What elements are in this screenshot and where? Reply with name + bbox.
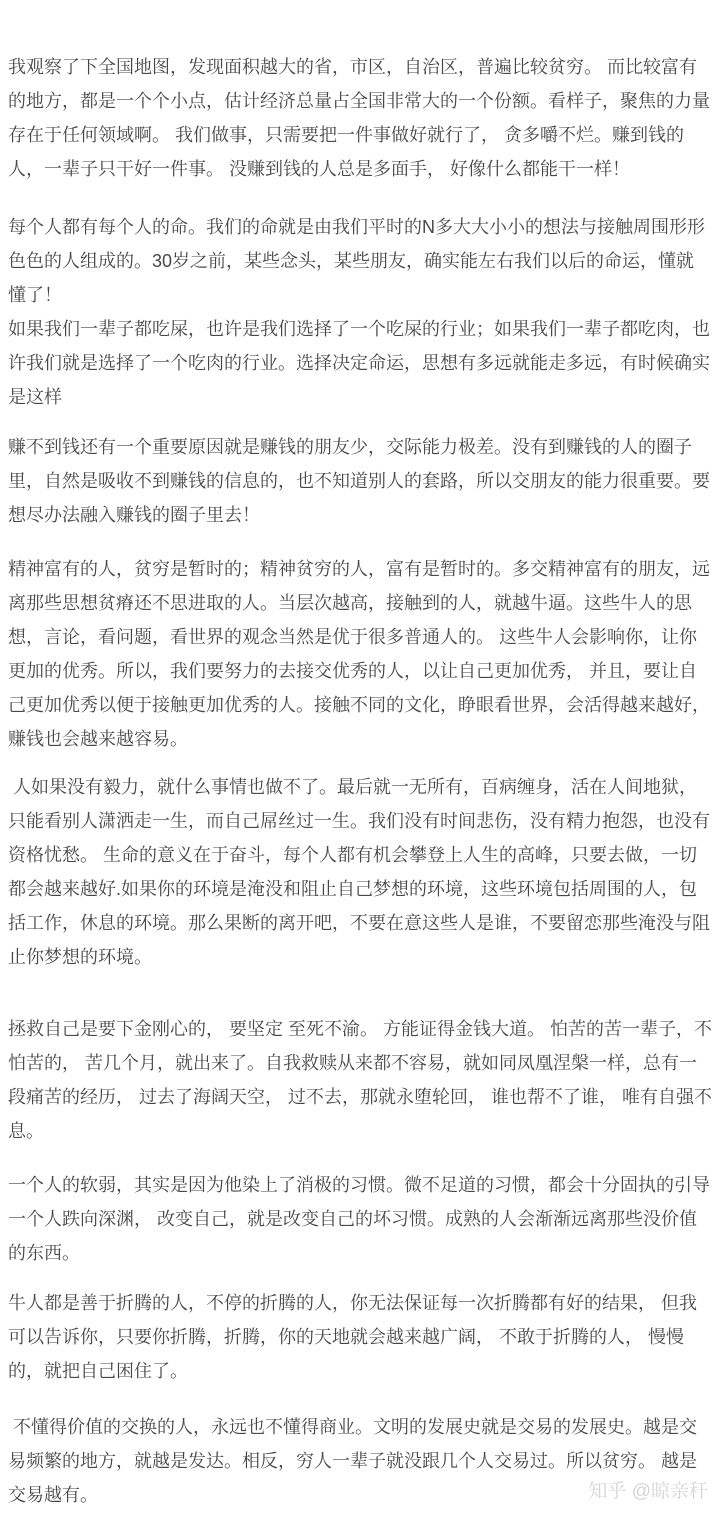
screenshot-root: { "page": { "background_color": "#ffffff… (0, 0, 720, 1521)
paragraph-8: 牛人都是善于折腾的人，不停的折腾的人，你无法保证每一次折腾都有好的结果， 但我可… (8, 1286, 712, 1388)
paragraph-6: 拯救自己是要下金刚心的， 要坚定 至死不渝。 方能证得金钱大道。 怕苦的苦一辈子… (8, 1012, 712, 1148)
paragraph-5: 人如果没有毅力，就什么事情也做不了。最后就一无所有，百病缠身，活在人间地狱，只能… (8, 770, 712, 974)
paragraph-1: 我观察了下全国地图，发现面积越大的省，市区，自治区，普遍比较贫穷。 而比较富有的… (8, 50, 712, 186)
paragraph-4: 精神富有的人，贫穷是暂时的；精神贫穷的人，富有是暂时的。多交精神富有的朋友，远离… (8, 552, 712, 756)
article-body: 我观察了下全国地图，发现面积越大的省，市区，自治区，普遍比较贫穷。 而比较富有的… (0, 0, 720, 1512)
zhihu-watermark: 知乎 @晾亲秆 (588, 1480, 708, 1504)
paragraph-7: 一个人的软弱，其实是因为他染上了消极的习惯。微不足道的习惯，都会十分固执的引导一… (8, 1168, 712, 1270)
paragraph-3: 赚不到钱还有一个重要原因就是赚钱的朋友少，交际能力极差。没有到赚钱的人的圈子里，… (8, 430, 712, 532)
paragraph-2: 每个人都有每个人的命。我们的命就是由我们平时的N多大大小小的想法与接触周围形形色… (8, 210, 712, 414)
